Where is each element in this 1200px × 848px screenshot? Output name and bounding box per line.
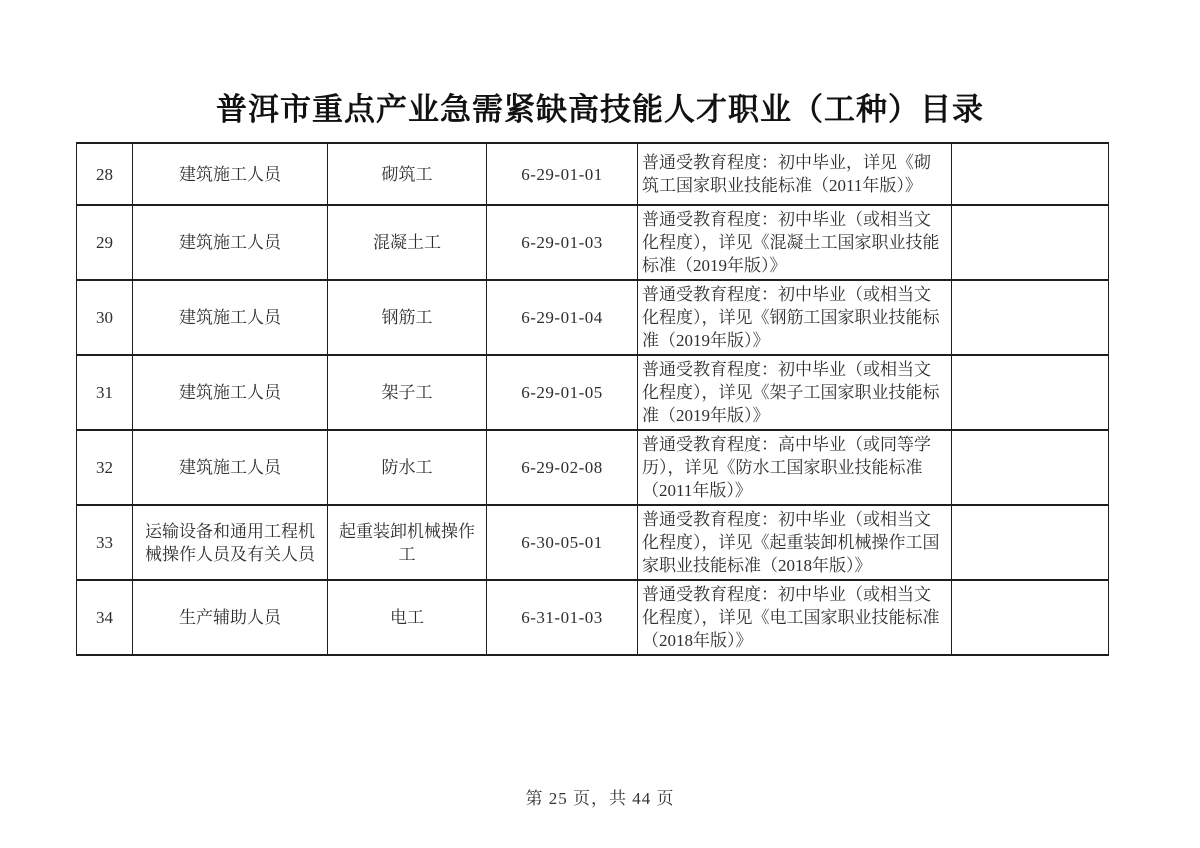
occupation-cell: 防水工 (328, 430, 487, 505)
row-number-cell: 33 (77, 505, 133, 580)
row-number-cell: 30 (77, 280, 133, 355)
requirement-cell: 普通受教育程度：初中毕业（或相当文化程度），详见《电工国家职业技能标准（2018… (638, 580, 952, 655)
code-cell: 6-29-02-08 (487, 430, 638, 505)
category-cell: 运输设备和通用工程机械操作人员及有关人员 (133, 505, 328, 580)
page-number: 第 25 页，共 44 页 (0, 784, 1200, 809)
table-row: 30 建筑施工人员 钢筋工 6-29-01-04 普通受教育程度：初中毕业（或相… (77, 280, 1109, 355)
occupation-cell: 起重装卸机械操作工 (328, 505, 487, 580)
category-cell: 建筑施工人员 (133, 430, 328, 505)
occupation-cell: 钢筋工 (328, 280, 487, 355)
note-cell (952, 580, 1109, 655)
occupation-cell: 混凝土工 (328, 205, 487, 280)
occupation-catalog-table: 28 建筑施工人员 砌筑工 6-29-01-01 普通受教育程度：初中毕业，详见… (76, 142, 1109, 656)
note-cell (952, 205, 1109, 280)
code-cell: 6-29-01-05 (487, 355, 638, 430)
code-cell: 6-29-01-04 (487, 280, 638, 355)
note-cell (952, 430, 1109, 505)
requirement-cell: 普通受教育程度：初中毕业，详见《砌筑工国家职业技能标准（2011年版）》 (638, 143, 952, 205)
occupation-cell: 砌筑工 (328, 143, 487, 205)
row-number-cell: 34 (77, 580, 133, 655)
category-cell: 建筑施工人员 (133, 143, 328, 205)
occupation-cell: 电工 (328, 580, 487, 655)
note-cell (952, 505, 1109, 580)
table-row: 33 运输设备和通用工程机械操作人员及有关人员 起重装卸机械操作工 6-30-0… (77, 505, 1109, 580)
note-cell (952, 143, 1109, 205)
code-cell: 6-31-01-03 (487, 580, 638, 655)
requirement-cell: 普通受教育程度：初中毕业（或相当文化程度），详见《架子工国家职业技能标准（201… (638, 355, 952, 430)
code-cell: 6-29-01-01 (487, 143, 638, 205)
document-page: 普洱市重点产业急需紧缺高技能人才职业（工种）目录 28 建筑施工人员 砌筑工 6… (0, 0, 1200, 848)
note-cell (952, 355, 1109, 430)
row-number-cell: 32 (77, 430, 133, 505)
category-cell: 生产辅助人员 (133, 580, 328, 655)
requirement-cell: 普通受教育程度：初中毕业（或相当文化程度），详见《混凝土工国家职业技能标准（20… (638, 205, 952, 280)
table-row: 34 生产辅助人员 电工 6-31-01-03 普通受教育程度：初中毕业（或相当… (77, 580, 1109, 655)
code-cell: 6-29-01-03 (487, 205, 638, 280)
note-cell (952, 280, 1109, 355)
category-cell: 建筑施工人员 (133, 355, 328, 430)
page-title: 普洱市重点产业急需紧缺高技能人才职业（工种）目录 (0, 84, 1200, 129)
row-number-cell: 29 (77, 205, 133, 280)
table-row: 28 建筑施工人员 砌筑工 6-29-01-01 普通受教育程度：初中毕业，详见… (77, 143, 1109, 205)
table-row: 32 建筑施工人员 防水工 6-29-02-08 普通受教育程度：高中毕业（或同… (77, 430, 1109, 505)
table-row: 31 建筑施工人员 架子工 6-29-01-05 普通受教育程度：初中毕业（或相… (77, 355, 1109, 430)
occupation-cell: 架子工 (328, 355, 487, 430)
category-cell: 建筑施工人员 (133, 205, 328, 280)
requirement-cell: 普通受教育程度：初中毕业（或相当文化程度），详见《起重装卸机械操作工国家职业技能… (638, 505, 952, 580)
row-number-cell: 28 (77, 143, 133, 205)
row-number-cell: 31 (77, 355, 133, 430)
table-row: 29 建筑施工人员 混凝土工 6-29-01-03 普通受教育程度：初中毕业（或… (77, 205, 1109, 280)
category-cell: 建筑施工人员 (133, 280, 328, 355)
requirement-cell: 普通受教育程度：高中毕业（或同等学历），详见《防水工国家职业技能标准（2011年… (638, 430, 952, 505)
requirement-cell: 普通受教育程度：初中毕业（或相当文化程度），详见《钢筋工国家职业技能标准（201… (638, 280, 952, 355)
code-cell: 6-30-05-01 (487, 505, 638, 580)
